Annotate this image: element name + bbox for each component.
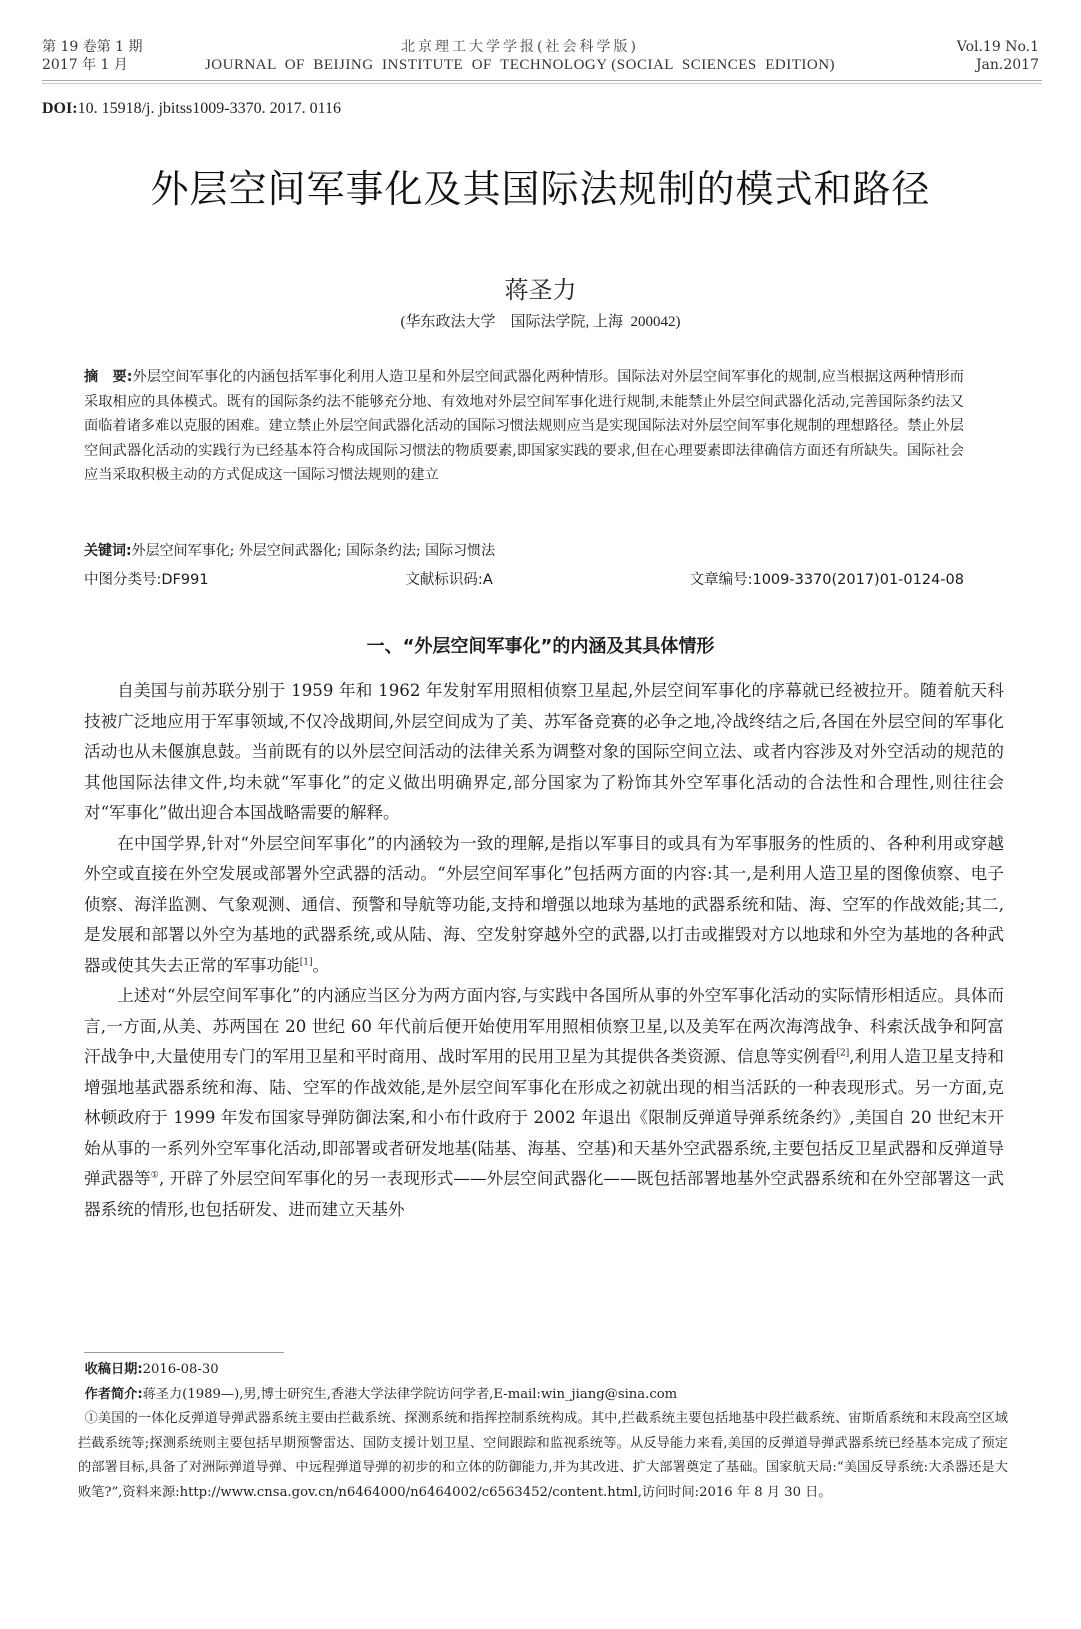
- received-label: 收稿日期:: [85, 1362, 143, 1377]
- journal-name-en: JOURNAL OF BEIJING INSTITUTE OF TECHNOLO…: [170, 56, 870, 74]
- doi-value[interactable]: 10. 15918/j. jbitss1009-3370. 2017. 0116: [78, 100, 341, 117]
- keywords-text: 外层空间军事化; 外层空间武器化; 国际条约法; 国际习惯法: [132, 543, 496, 559]
- journal-issue-info: 第 19 卷第 1 期 2017 年 1 月: [42, 38, 143, 74]
- abstract: 摘 要:外层空间军事化的内涵包括军事化利用人造卫星和外层空间武器化两种情形。国际…: [84, 365, 964, 488]
- journal-name: 北京理工大学学报(社会科学版) JOURNAL OF BEIJING INSTI…: [170, 38, 870, 74]
- document-code-value: A: [483, 572, 493, 588]
- paragraph: 在中国学界,针对“外层空间军事化”的内涵较为一致的理解,是指以军事目的或具有为军…: [84, 829, 1004, 982]
- footnote-divider: [84, 1352, 284, 1353]
- issue-date: 2017 年 1 月: [42, 56, 143, 74]
- clc-number: 中图分类号:DF991: [84, 568, 209, 589]
- bio-value: 蒋圣力(1989—),男,博士研究生,香港大学法律学院访问学者,E-mail:w…: [143, 1387, 678, 1402]
- bio-label: 作者简介:: [85, 1387, 143, 1402]
- abstract-text: 外层空间军事化的内涵包括军事化利用人造卫星和外层空间武器化两种情形。国际法对外层…: [84, 369, 964, 483]
- paragraph: 自美国与前苏联分别于 1959 年和 1962 年发射军用照相侦察卫星起,外层空…: [84, 676, 1004, 829]
- journal-name-cn: 北京理工大学学报(社会科学版): [170, 38, 870, 56]
- doi-label: DOI:: [42, 100, 78, 117]
- classification-row: 中图分类号:DF991 文献标识码:A 文章编号:1009-3370(2017)…: [84, 568, 964, 589]
- clc-value: DF991: [161, 572, 208, 588]
- date-en: Jan.2017: [957, 56, 1039, 74]
- article-number-value: 1009-3370(2017)01-0124-08: [752, 572, 964, 588]
- received-date: 收稿日期:2016-08-30: [78, 1358, 1008, 1383]
- keywords: 关键词:外层空间军事化; 外层空间武器化; 国际条约法; 国际习惯法: [84, 540, 984, 562]
- article-number: 文章编号:1009-3370(2017)01-0124-08: [690, 568, 964, 589]
- received-value: 2016-08-30: [143, 1362, 219, 1377]
- footnote-1: ①美国的一体化反弹道导弹武器系统主要由拦截系统、探测系统和指挥控制系统构成。其中…: [78, 1407, 1008, 1505]
- author-affiliation: (华东政法大学 国际法学院, 上海 200042): [0, 310, 1081, 331]
- abstract-label: 摘 要:: [84, 369, 132, 385]
- keywords-label: 关键词:: [84, 543, 132, 559]
- volume-en: Vol.19 No.1: [957, 38, 1039, 56]
- document-code: 文献标识码:A: [405, 568, 492, 589]
- footnote-marker[interactable]: ①: [151, 1170, 159, 1180]
- volume-issue: 第 19 卷第 1 期: [42, 38, 143, 56]
- section-heading: 一、“外层空间军事化”的内涵及其具体情形: [0, 632, 1081, 658]
- clc-label: 中图分类号:: [84, 572, 161, 588]
- citation-ref[interactable]: [2]: [837, 1048, 850, 1058]
- article-number-label: 文章编号:: [690, 572, 753, 588]
- author-bio: 作者简介:蒋圣力(1989—),男,博士研究生,香港大学法律学院访问学者,E-m…: [78, 1383, 1008, 1408]
- doi: DOI:10. 15918/j. jbitss1009-3370. 2017. …: [42, 100, 341, 118]
- paragraph: 上述对“外层空间军事化”的内涵应当区分为两方面内容,与实践中各国所从事的外空军事…: [84, 981, 1004, 1225]
- author-name: 蒋圣力: [0, 270, 1081, 305]
- journal-volume-en: Vol.19 No.1 Jan.2017: [957, 38, 1039, 74]
- article-title: 外层空间军事化及其国际法规制的模式和路径: [0, 158, 1081, 213]
- header-divider: [42, 80, 1042, 84]
- body-text: 自美国与前苏联分别于 1959 年和 1962 年发射军用照相侦察卫星起,外层空…: [84, 676, 1004, 1225]
- citation-ref[interactable]: [1]: [300, 957, 313, 967]
- document-code-label: 文献标识码:: [405, 572, 482, 588]
- footnotes: 收稿日期:2016-08-30 作者简介:蒋圣力(1989—),男,博士研究生,…: [78, 1358, 1008, 1505]
